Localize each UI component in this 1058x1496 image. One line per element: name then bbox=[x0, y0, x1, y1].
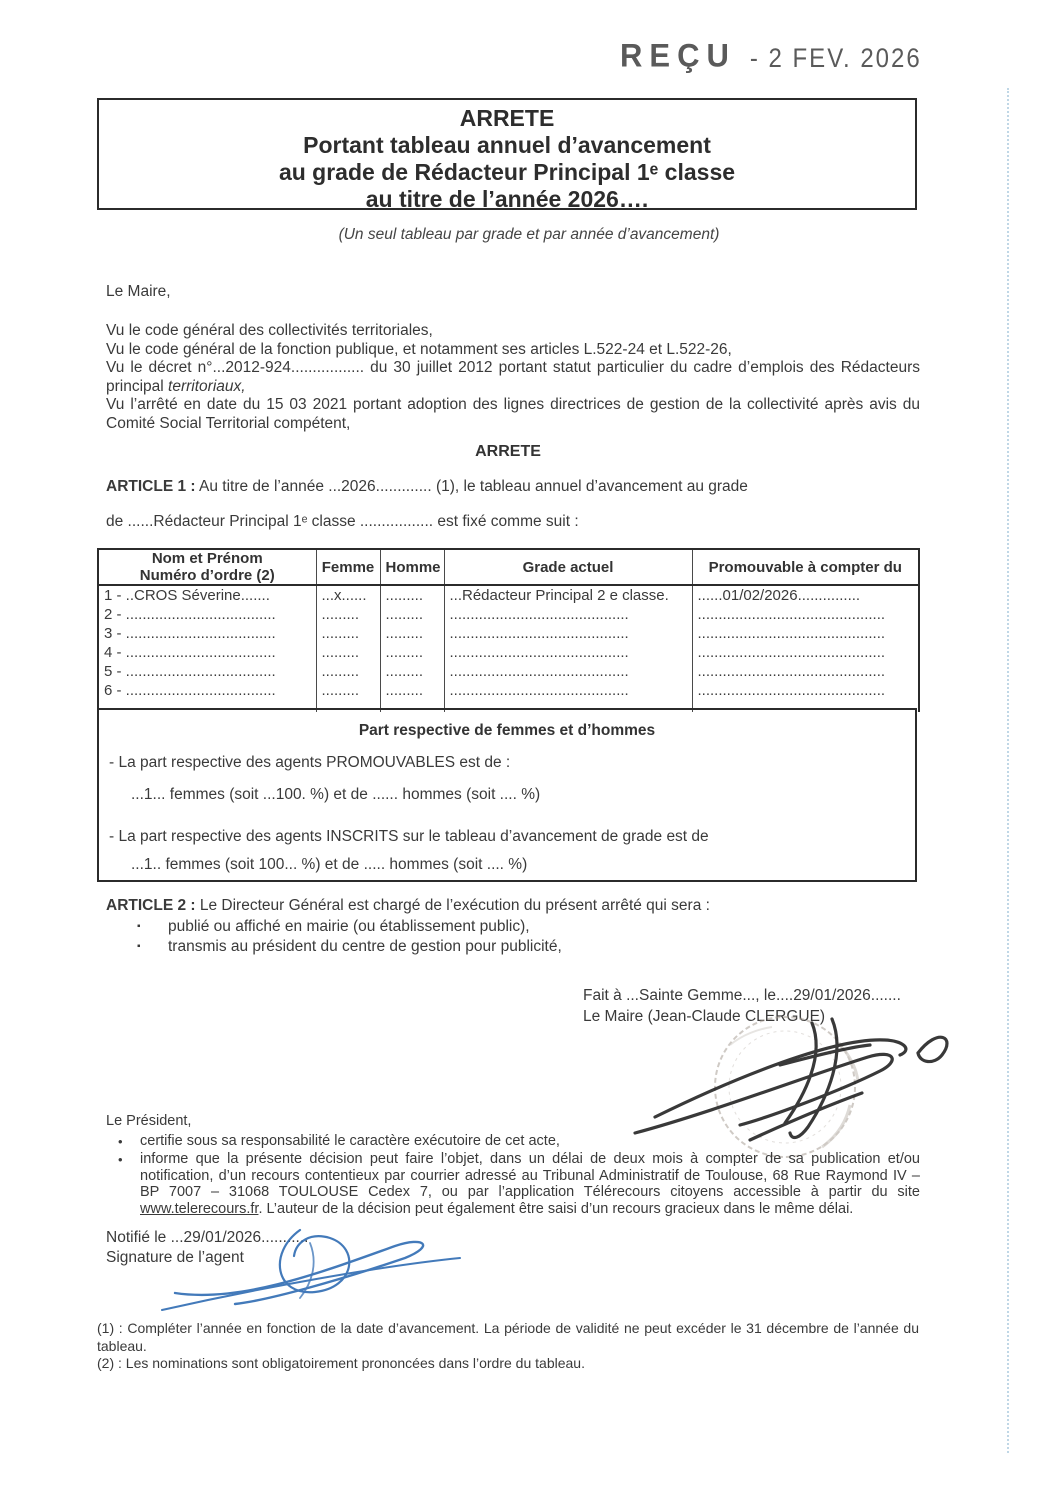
table-row: 4 - ....................................… bbox=[98, 643, 919, 662]
cell-promouvable: ........................................… bbox=[692, 624, 919, 643]
cell-femme: ......... bbox=[316, 681, 380, 700]
column-header-name-line2: Numéro d’ordre (2) bbox=[104, 567, 311, 584]
president-bullet-2-text: informe que la présente décision peut fa… bbox=[140, 1151, 920, 1217]
article2-text: Le Directeur Général est chargé de l’exé… bbox=[196, 897, 710, 914]
article2-bullet-1-text: publié ou affiché en mairie (ou établiss… bbox=[168, 918, 530, 936]
cell-femme: ...x...... bbox=[316, 585, 380, 605]
cell-grade: ........................................… bbox=[444, 681, 692, 700]
visa-line-3-italic: territoriaux, bbox=[168, 378, 246, 395]
column-header-name-line1: Nom et Prénom bbox=[104, 550, 311, 567]
cell-grade: ........................................… bbox=[444, 624, 692, 643]
cell-promouvable: ........................................… bbox=[692, 681, 919, 700]
arrete-heading: ARRETE bbox=[0, 443, 1016, 461]
visa-line-1: Vu le code général des collectivités ter… bbox=[106, 322, 920, 341]
advancement-table: Nom et Prénom Numéro d’ordre (2) Femme H… bbox=[97, 548, 920, 712]
visa-line-2: Vu le code général de la fonction publiq… bbox=[106, 341, 920, 360]
cell-name: 4 - .................................... bbox=[98, 643, 316, 662]
promouvables-label: - La part respective des agents PROMOUVA… bbox=[109, 754, 510, 772]
table-row: 1 - ..CROS Séverine....... ...x...... ..… bbox=[98, 585, 919, 605]
cell-femme: ......... bbox=[316, 662, 380, 681]
inscrits-label: - La part respective des agents INSCRITS… bbox=[109, 828, 709, 846]
recu-stamp-date: - 2 FEV. 2026 bbox=[750, 43, 922, 74]
recu-stamp-text: REÇU bbox=[620, 37, 736, 75]
article2-line: ARTICLE 2 : Le Directeur Général est cha… bbox=[106, 897, 710, 915]
promouvables-value: ...1... femmes (soit ...100. %) et de ..… bbox=[131, 786, 540, 804]
cell-name: 3 - .................................... bbox=[98, 624, 316, 643]
table-header-row: Nom et Prénom Numéro d’ordre (2) Femme H… bbox=[98, 549, 919, 585]
title-line-4: au titre de l’année 2026…. bbox=[99, 186, 915, 213]
cell-grade: ........................................… bbox=[444, 605, 692, 624]
parity-box: Part respective de femmes et d’hommes - … bbox=[97, 708, 917, 882]
article1-line2: de ......Rédacteur Principal 1ᵉ classe .… bbox=[106, 513, 579, 531]
cell-name: 6 - .................................... bbox=[98, 681, 316, 700]
preamble: Vu le code général des collectivités ter… bbox=[106, 322, 920, 433]
cell-femme: ......... bbox=[316, 605, 380, 624]
footnote-2: (2) : Les nominations sont obligatoireme… bbox=[97, 1355, 919, 1373]
cell-homme: ......... bbox=[380, 681, 444, 700]
visa-line-3: Vu le décret n°...2012-924..............… bbox=[106, 359, 920, 396]
column-header-homme: Homme bbox=[380, 549, 444, 585]
subtitle: (Un seul tableau par grade et par année … bbox=[0, 226, 1058, 244]
cell-name: 5 - .................................... bbox=[98, 662, 316, 681]
cell-promouvable: ........................................… bbox=[692, 662, 919, 681]
cell-name: 1 - ..CROS Séverine....... bbox=[98, 585, 316, 605]
cell-homme: ......... bbox=[380, 643, 444, 662]
title-line-1: ARRETE bbox=[99, 105, 915, 132]
fait-line: Fait à ...Sainte Gemme..., le....29/01/2… bbox=[583, 985, 901, 1006]
title-line-3: au grade de Rédacteur Principal 1ᵉ class… bbox=[99, 159, 915, 186]
column-header-name: Nom et Prénom Numéro d’ordre (2) bbox=[98, 549, 316, 585]
cell-homme: ......... bbox=[380, 624, 444, 643]
parity-heading: Part respective de femmes et d’hommes bbox=[99, 722, 915, 740]
title-line-2: Portant tableau annuel d’avancement bbox=[99, 132, 915, 159]
table-row: 3 - ....................................… bbox=[98, 624, 919, 643]
recours-text-end: . L’auteur de la décision peut également… bbox=[258, 1201, 853, 1217]
cell-grade: ........................................… bbox=[444, 662, 692, 681]
square-bullet-icon: ▪ bbox=[137, 921, 141, 932]
title-box: ARRETE Portant tableau annuel d’avanceme… bbox=[97, 98, 917, 210]
square-bullet-icon: ▪ bbox=[137, 941, 141, 952]
cell-homme: ......... bbox=[380, 662, 444, 681]
cell-name: 2 - .................................... bbox=[98, 605, 316, 624]
article1-label: ARTICLE 1 : bbox=[106, 478, 196, 495]
president-heading: Le Président, bbox=[106, 1113, 191, 1129]
cell-grade: ........................................… bbox=[444, 643, 692, 662]
visa-line-4: Vu l’arrêté en date du 15 03 2021 portan… bbox=[106, 396, 920, 433]
footnote-1: (1) : Compléter l’année en fonction de l… bbox=[97, 1320, 919, 1355]
dot-bullet-icon: • bbox=[118, 1134, 123, 1149]
dot-bullet-icon: • bbox=[118, 1152, 123, 1167]
received-date-stamp: REÇU - 2 FEV. 2026 bbox=[620, 38, 922, 74]
scan-edge-artifact bbox=[1007, 88, 1009, 1453]
telerecours-url: www.telerecours.fr bbox=[140, 1201, 258, 1217]
article2-bullet-2-text: transmis au président du centre de gesti… bbox=[168, 938, 562, 956]
column-header-promouvable: Promouvable à compter du bbox=[692, 549, 919, 585]
cell-femme: ......... bbox=[316, 643, 380, 662]
table-row: 5 - ....................................… bbox=[98, 662, 919, 681]
cell-promouvable: ........................................… bbox=[692, 643, 919, 662]
cell-promouvable: ........................................… bbox=[692, 605, 919, 624]
table-row: 2 - ....................................… bbox=[98, 605, 919, 624]
article1-text: Au titre de l’année ...2026.............… bbox=[196, 478, 748, 495]
inscrits-value: ...1.. femmes (soit 100... %) et de ....… bbox=[131, 856, 527, 874]
mayor-signature-strokes bbox=[635, 1019, 947, 1140]
footnotes: (1) : Compléter l’année en fonction de l… bbox=[97, 1320, 919, 1373]
cell-homme: ......... bbox=[380, 585, 444, 605]
recours-text: informe que la présente décision peut fa… bbox=[140, 1151, 920, 1200]
cell-grade: ...Rédacteur Principal 2 e classe. bbox=[444, 585, 692, 605]
column-header-grade: Grade actuel bbox=[444, 549, 692, 585]
scanned-arrete-document: REÇU - 2 FEV. 2026 ARRETE Portant tablea… bbox=[0, 0, 1058, 1496]
president-bullet-1-text: certifie sous sa responsabilité le carac… bbox=[140, 1133, 920, 1150]
table-row: 6 - ....................................… bbox=[98, 681, 919, 700]
column-header-femme: Femme bbox=[316, 549, 380, 585]
article1-line: ARTICLE 1 : Au titre de l’année ...2026.… bbox=[106, 478, 748, 496]
article2-label: ARTICLE 2 : bbox=[106, 897, 196, 914]
cell-homme: ......... bbox=[380, 605, 444, 624]
cell-femme: ......... bbox=[316, 624, 380, 643]
cell-promouvable: ......01/02/2026............... bbox=[692, 585, 919, 605]
salutation: Le Maire, bbox=[106, 283, 171, 301]
agent-signature bbox=[150, 1218, 480, 1323]
